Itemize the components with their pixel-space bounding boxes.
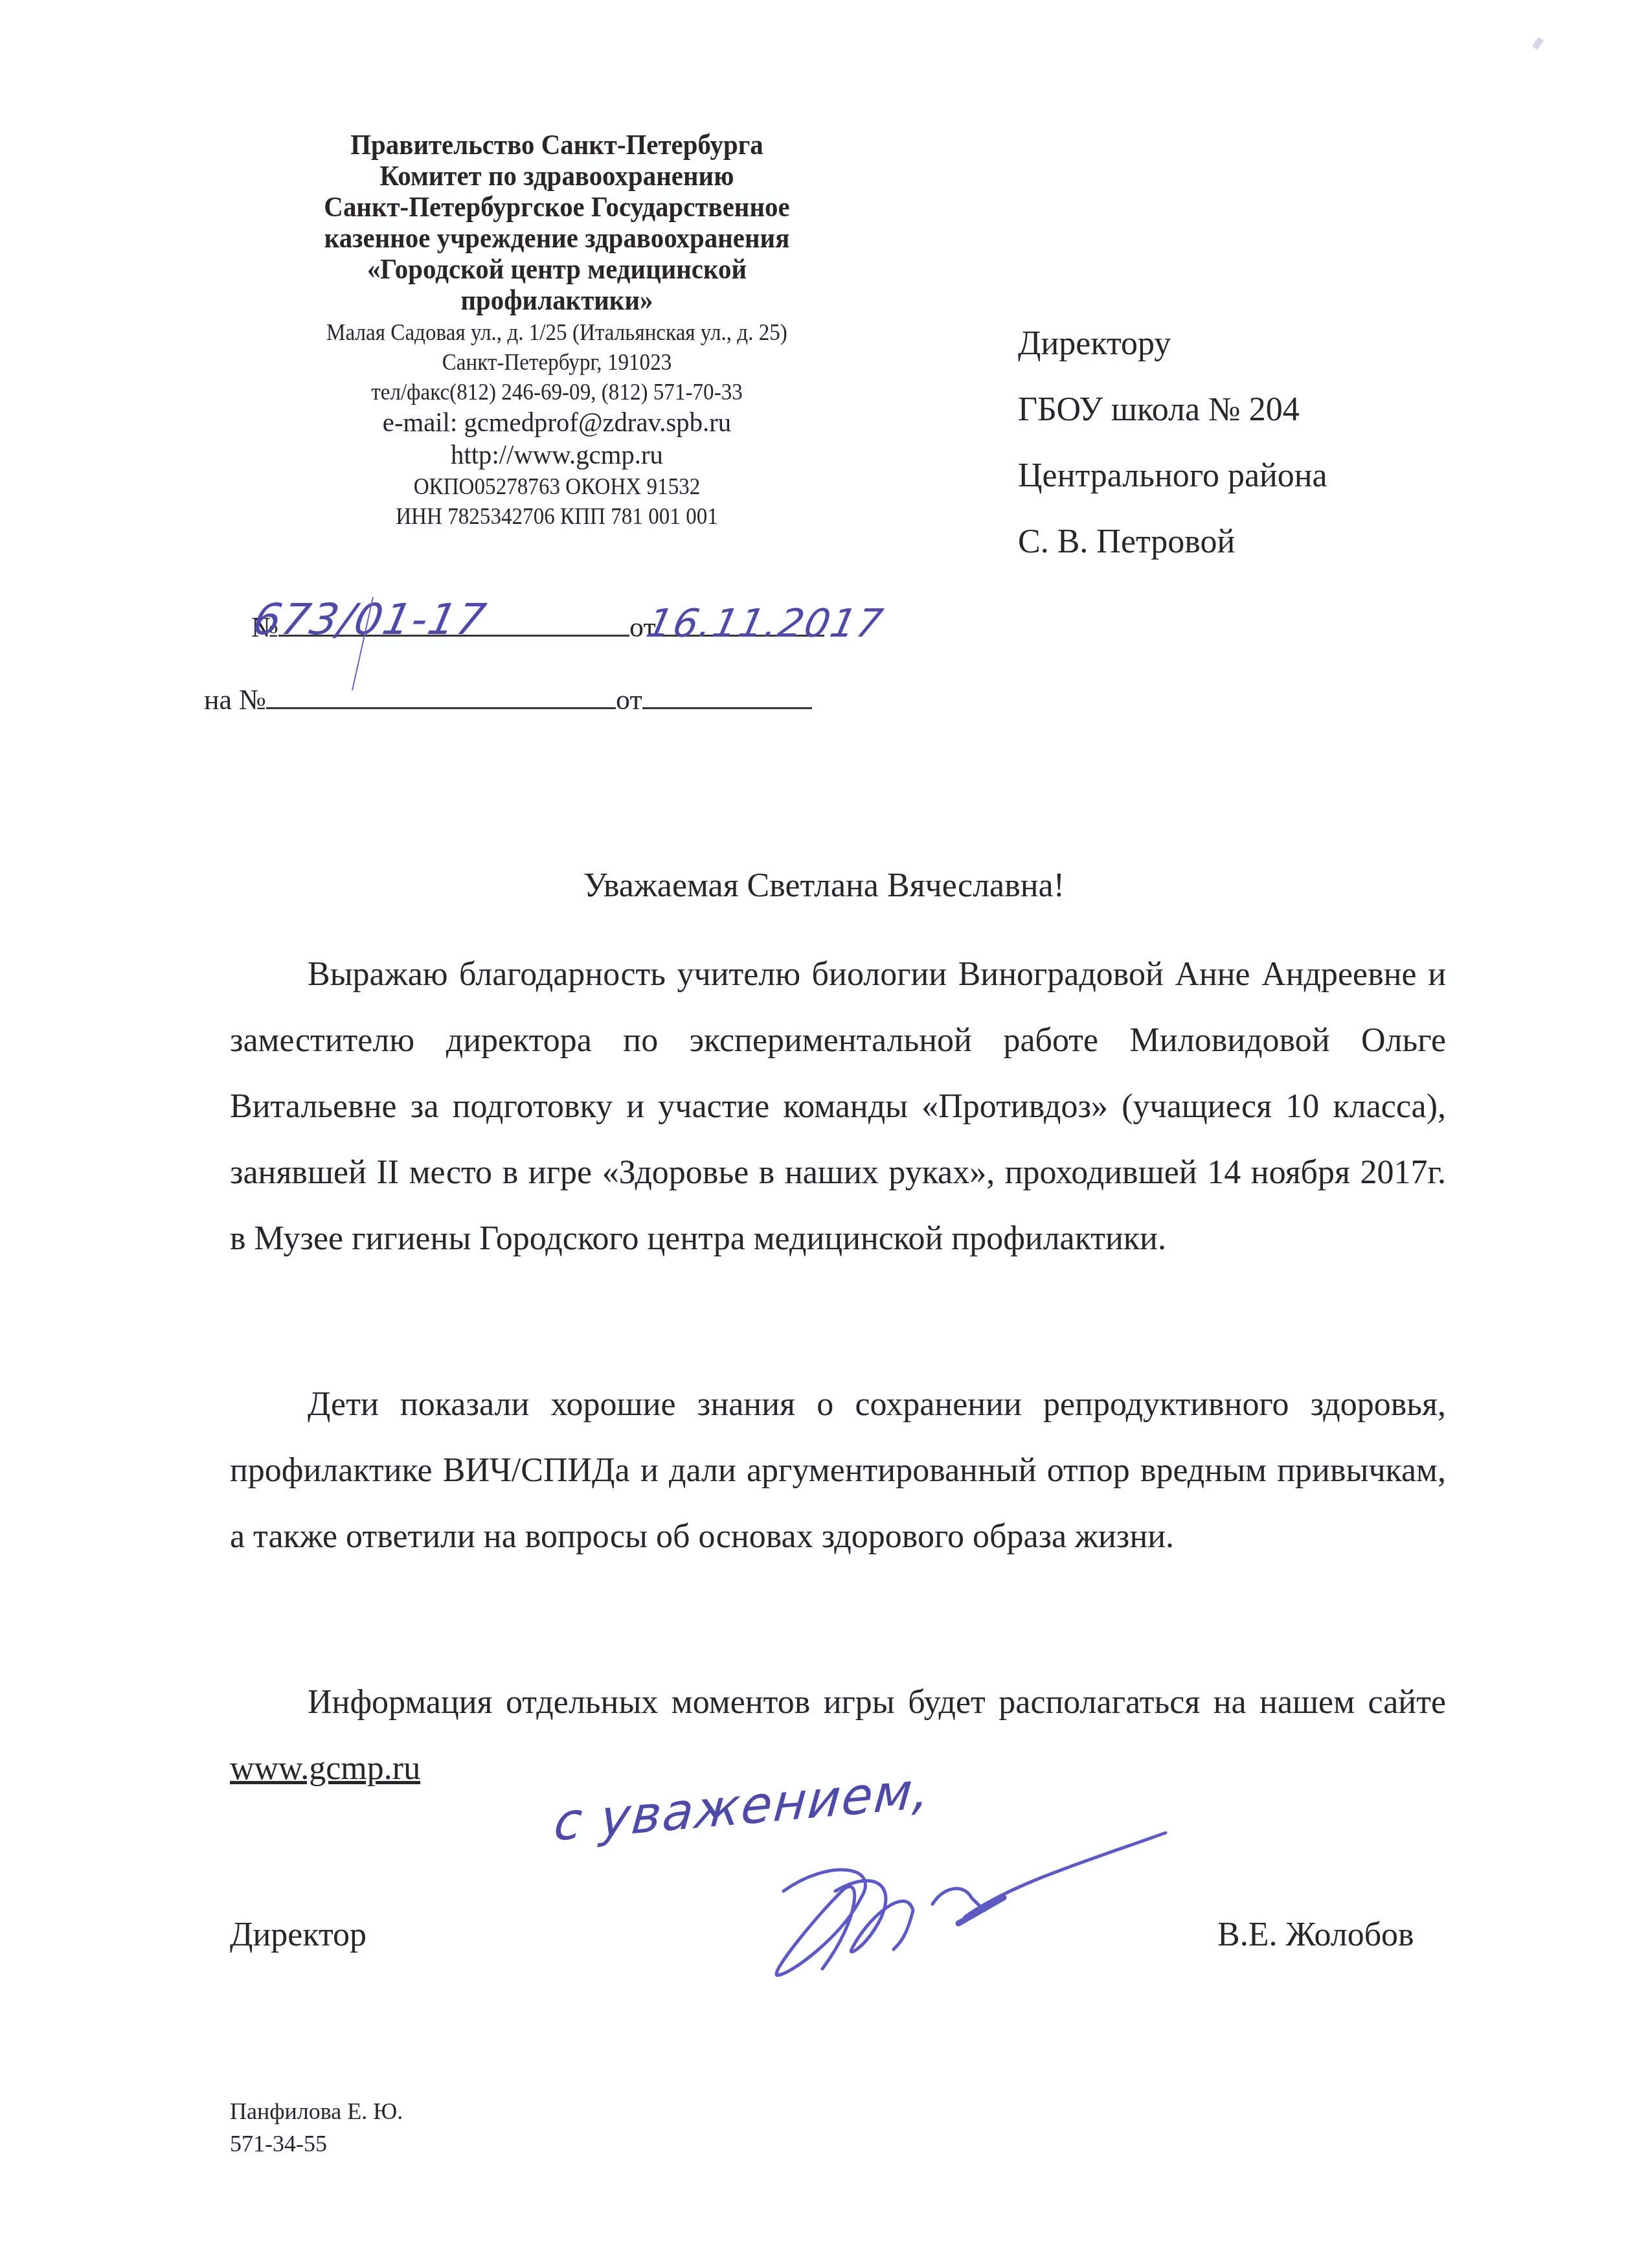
letterhead-email: e-mail: gcmedprof@zdrav.spb.ru bbox=[224, 407, 890, 439]
executor-block: Панфилова Е. Ю. 571-34-55 bbox=[230, 2095, 403, 2160]
website-link[interactable]: www.gcmp.ru bbox=[230, 1750, 420, 1787]
executor-phone: 571-34-55 bbox=[230, 2127, 403, 2160]
letterhead-institution-line3: «Городской центр медицинской bbox=[238, 254, 876, 285]
letterhead-institution-line2: казенное учреждение здравоохранения bbox=[238, 223, 876, 254]
letterhead-phone: тел/факс(812) 246-69-09, (812) 571-70-33 bbox=[241, 377, 872, 407]
addressee-school: ГБОУ школа № 204 bbox=[1018, 377, 1327, 443]
addressee-block: Директору ГБОУ школа № 204 Центрального … bbox=[1018, 311, 1327, 575]
signature-name: В.Е. Жолобов bbox=[1217, 1916, 1414, 1954]
addressee-district: Центрального района bbox=[1018, 443, 1327, 509]
letterhead: Правительство Санкт-Петербурга Комитет п… bbox=[214, 130, 900, 531]
letterhead-website: http://www.gcmp.ru bbox=[224, 439, 890, 471]
paragraph-gratitude: Выражаю благодарность учителю биологии В… bbox=[230, 942, 1446, 1272]
letterhead-committee: Комитет по здравоохранению bbox=[238, 161, 876, 192]
addressee-position: Директору bbox=[1018, 311, 1327, 377]
letterhead-government: Правительство Санкт-Петербурга bbox=[238, 130, 876, 161]
signature-icon bbox=[712, 1820, 1204, 1988]
reply-date-field bbox=[642, 681, 812, 709]
signature-position: Директор bbox=[230, 1916, 367, 1954]
handwritten-slash-stroke bbox=[350, 596, 376, 693]
letterhead-address: Малая Садовая ул., д. 1/25 (Итальянская … bbox=[241, 317, 872, 347]
executor-name: Панфилова Е. Ю. bbox=[230, 2095, 403, 2127]
letterhead-institution-line1: Санкт-Петербургское Государственное bbox=[238, 192, 876, 223]
reply-number-field bbox=[266, 681, 616, 709]
letterhead-okpo: ОКПО05278763 ОКОНХ 91532 bbox=[241, 471, 872, 501]
handwritten-date: 16.11.2017 bbox=[643, 601, 888, 646]
pen-mark bbox=[1532, 37, 1544, 50]
salutation: Уважаемая Светлана Вячеславна! bbox=[0, 867, 1648, 905]
paragraph-knowledge: Дети показали хорошие знания о сохранени… bbox=[230, 1372, 1446, 1570]
letterhead-inn: ИНН 7825342706 КПП 781 001 001 bbox=[241, 501, 872, 531]
letterhead-institution-line4: профилактики» bbox=[238, 285, 876, 316]
reply-number-row: на №от bbox=[204, 681, 812, 716]
addressee-name: С. В. Петровой bbox=[1018, 509, 1327, 575]
reply-date-label: от bbox=[616, 684, 642, 716]
letterhead-city: Санкт-Петербург, 191023 bbox=[241, 347, 872, 377]
info-text: Информация отдельных моментов игры будет… bbox=[308, 1684, 1446, 1721]
reply-number-label: на № bbox=[204, 684, 266, 716]
